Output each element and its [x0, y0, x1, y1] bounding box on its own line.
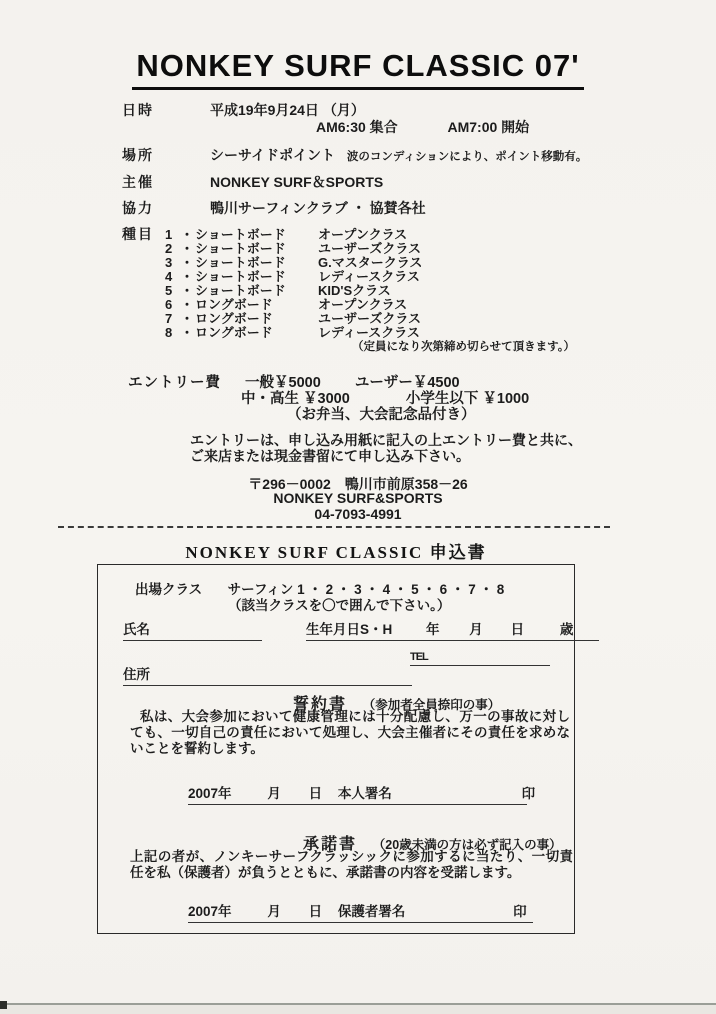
address-row: 住所: [123, 663, 412, 686]
start-time: AM7:00 開始: [447, 119, 529, 135]
event-dot: ・: [179, 322, 195, 341]
fee-bonus-note: （お弁当、大会記念品付き）: [287, 403, 476, 424]
support-label: 協力: [122, 198, 154, 218]
consent-seal-label: 印: [513, 904, 527, 919]
organizer-label: 主催: [122, 172, 154, 192]
cut-line-divider: [58, 526, 610, 528]
pledge-sign-row[interactable]: 2007年 月 日 本人署名 印: [188, 782, 527, 805]
birth-field[interactable]: 生年月日S・H 年 月 日 歳: [306, 618, 599, 641]
consent-sign-label: 保護者署名: [338, 904, 406, 919]
consent-sign-row[interactable]: 2007年 月 日 保護者署名 印: [188, 900, 533, 923]
scanned-flyer-page: NONKEY SURF CLASSIC 07' 日時 平成19年9月24日 （月…: [0, 0, 716, 1014]
pledge-sign-year: 2007年: [188, 786, 232, 801]
event-num: 8: [165, 325, 179, 340]
tel-label: TEL: [410, 651, 428, 663]
class-select-note: （該当クラスを〇で囲んで下さい。）: [228, 594, 450, 614]
place-name: シーサイドポイント: [210, 147, 335, 163]
tel-field[interactable]: TEL: [410, 648, 550, 666]
birth-day-unit: 日: [511, 622, 525, 637]
datetime-times: AM6:30 集合 AM7:00 開始: [316, 117, 529, 137]
birth-year-unit: 年: [426, 622, 440, 637]
pledge-sign-month: 月: [267, 786, 281, 801]
scan-edge-shadow: [0, 1005, 716, 1014]
consent-sign-day: 日: [309, 904, 323, 919]
birth-label: 生年月日S・H: [306, 622, 392, 637]
support-value: 鴨川サーフィンクラブ ・ 協賛各社: [210, 198, 426, 218]
event-board: ロングボード: [195, 322, 318, 341]
place-note: 波のコンディションにより、ポイント移動有。: [347, 151, 587, 163]
contact-shop: NONKEY SURF&SPORTS: [119, 490, 597, 506]
name-field[interactable]: 氏名: [123, 618, 262, 641]
birth-age-unit: 歳: [560, 622, 574, 637]
gather-time: AM6:30 集合: [316, 119, 398, 135]
consent-body: 上記の者が、ノンキーサーフクラッシックに参加するに当たり、一切責任を私（保護者）…: [130, 849, 573, 881]
pledge-body: 私は、大会参加において健康管理には十分配慮し、万一の事故に対しても、一切自己の責…: [130, 709, 570, 757]
contact-phone: 04-7093-4991: [119, 506, 597, 522]
organizer-value: NONKEY SURF＆SPORTS: [210, 172, 383, 192]
page-title: NONKEY SURF CLASSIC 07': [0, 48, 716, 90]
fee-label: エントリー費: [128, 371, 221, 392]
pledge-sign-day: 日: [309, 786, 323, 801]
place-label: 場所: [122, 145, 154, 165]
address-label: 住所: [123, 667, 150, 682]
tel-row: TEL: [410, 648, 550, 666]
form-title: NONKEY SURF CLASSIC 申込書: [97, 538, 575, 563]
name-row: 氏名: [123, 618, 262, 641]
pledge-sign-label: 本人署名: [338, 786, 392, 801]
birth-row: 生年月日S・H 年 月 日 歳: [306, 618, 599, 641]
events-capacity-note: （定員になり次第締め切らせて頂きます。）: [352, 338, 575, 354]
class-label: 出場クラス: [135, 582, 202, 597]
pledge-seal-label: 印: [522, 786, 536, 801]
events-label: 種目: [122, 224, 154, 244]
consent-sign-month: 月: [267, 904, 281, 919]
address-field[interactable]: 住所: [123, 663, 412, 686]
page-title-text: NONKEY SURF CLASSIC 07': [132, 48, 583, 90]
place-value: シーサイドポイント 波のコンディションにより、ポイント移動有。: [210, 145, 587, 165]
entry-note-line2: ご来店または現金書留にて申し込み下さい。: [190, 446, 470, 466]
consent-sign-year: 2007年: [188, 904, 232, 919]
scan-corner-mark: [0, 1001, 7, 1009]
datetime-label: 日時: [122, 100, 154, 120]
name-label: 氏名: [123, 622, 150, 637]
birth-month-unit: 月: [469, 622, 483, 637]
